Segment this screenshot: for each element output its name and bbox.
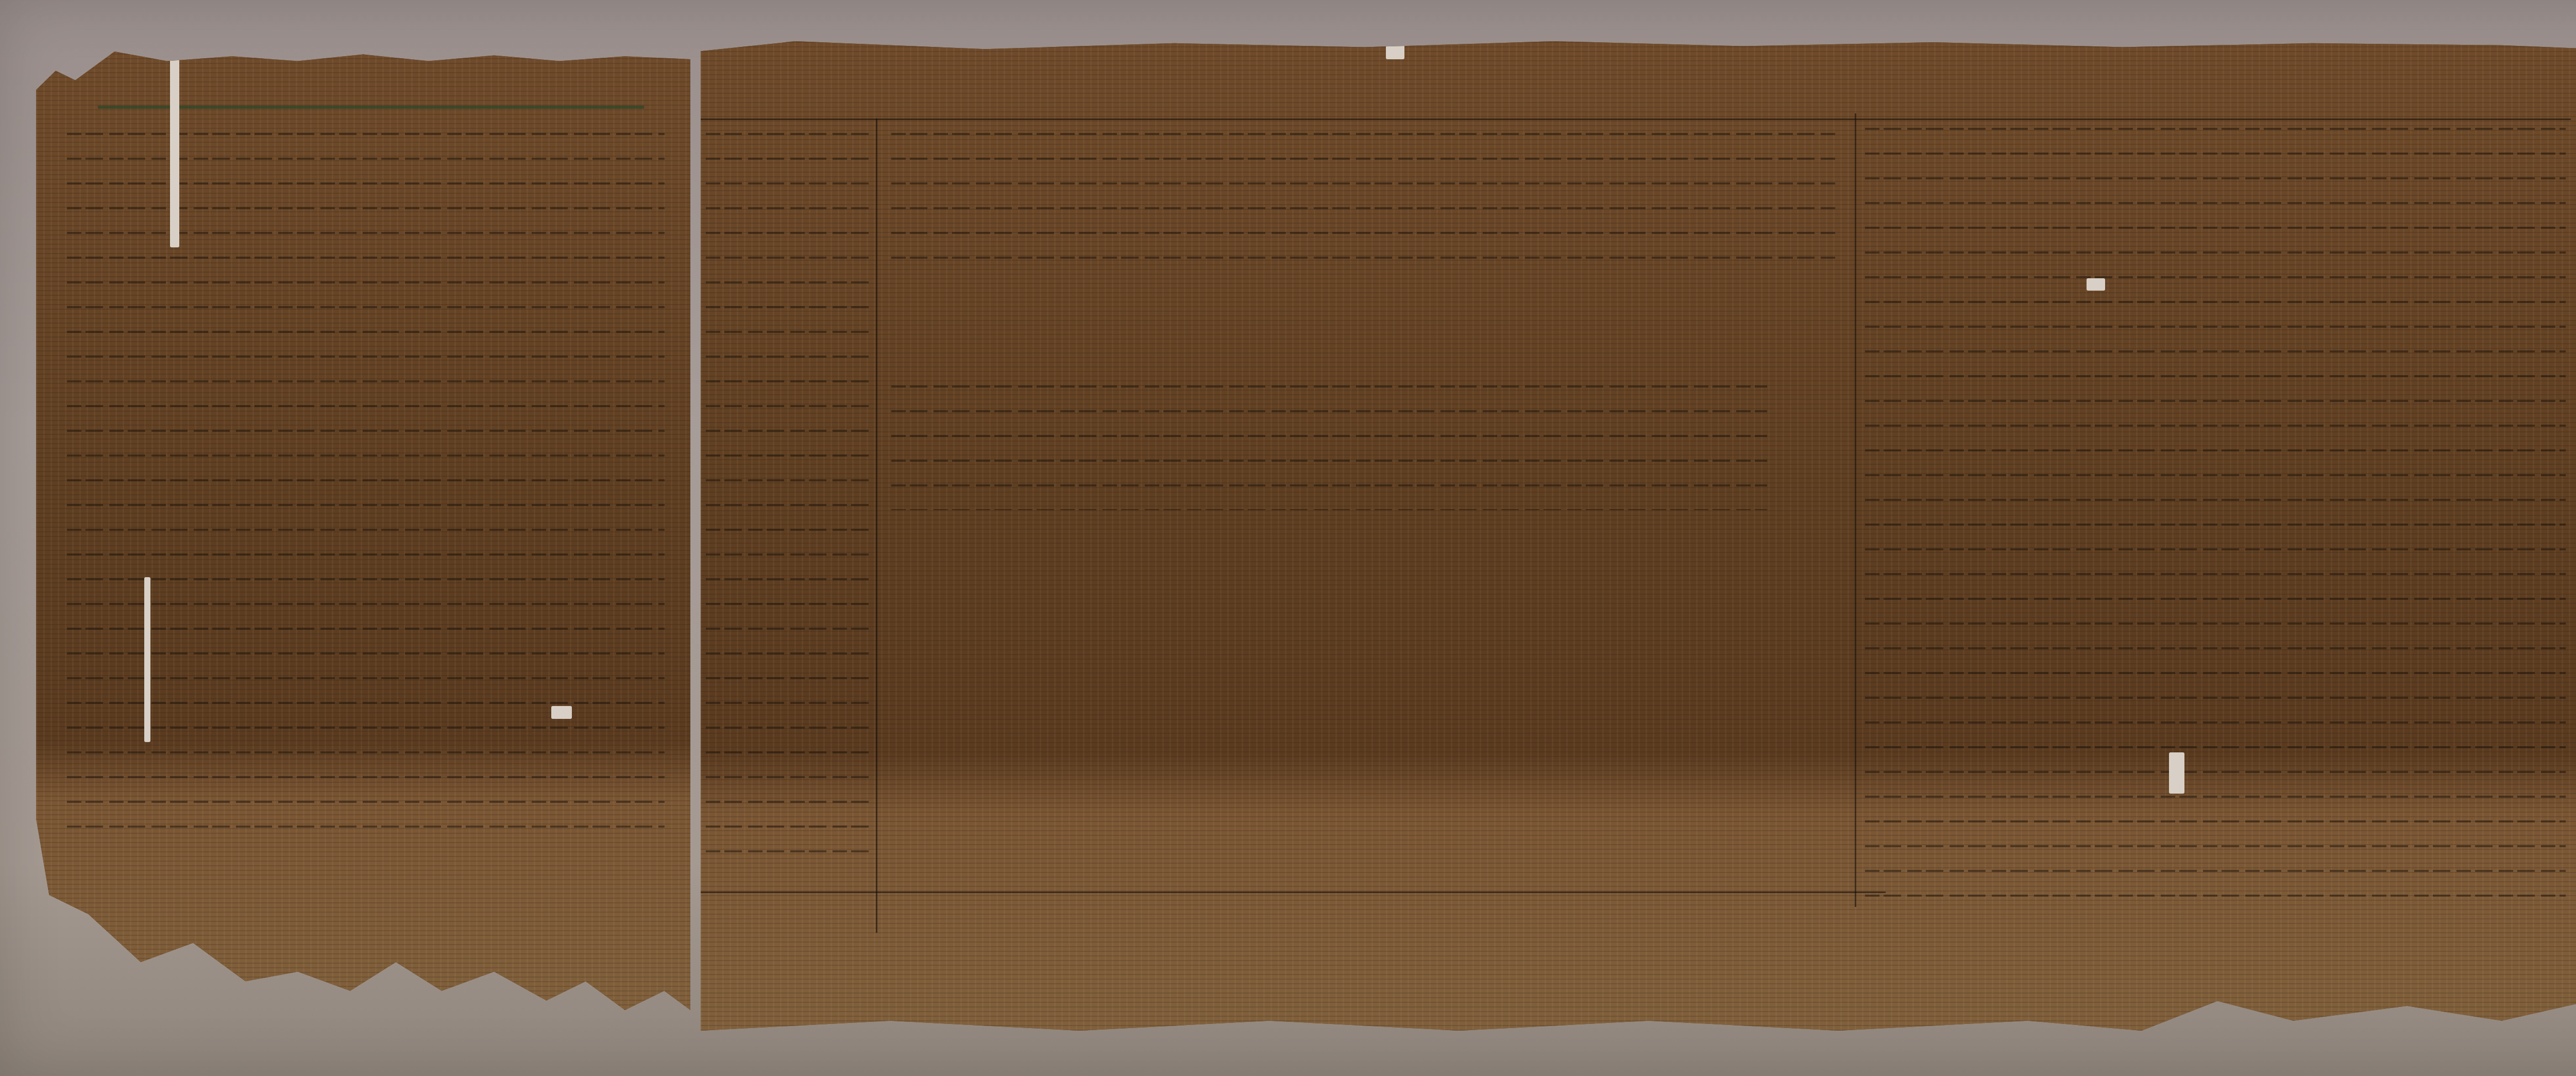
- hieratic-text-column: [891, 124, 1839, 263]
- column-ruling: [876, 119, 877, 933]
- hieratic-text-column: [67, 124, 665, 835]
- green-ink-line: [98, 106, 644, 109]
- papyrus-tear: [1386, 41, 1404, 59]
- papyrus-tear: [551, 706, 572, 719]
- papyrus-fragment-left: [36, 52, 690, 1010]
- papyrus-tear: [2169, 752, 2184, 794]
- hieratic-text-column: [706, 124, 871, 871]
- papyrus-fragment-main: [701, 41, 2576, 1031]
- papyrus-tear: [144, 577, 150, 742]
- hieratic-text-column: [1865, 119, 2566, 917]
- papyrus-tear: [170, 52, 179, 247]
- ruled-line-bottom: [701, 892, 1886, 893]
- hieratic-text-column: [891, 376, 1767, 510]
- papyrus-tear: [2087, 278, 2105, 291]
- column-ruling: [1855, 113, 1856, 907]
